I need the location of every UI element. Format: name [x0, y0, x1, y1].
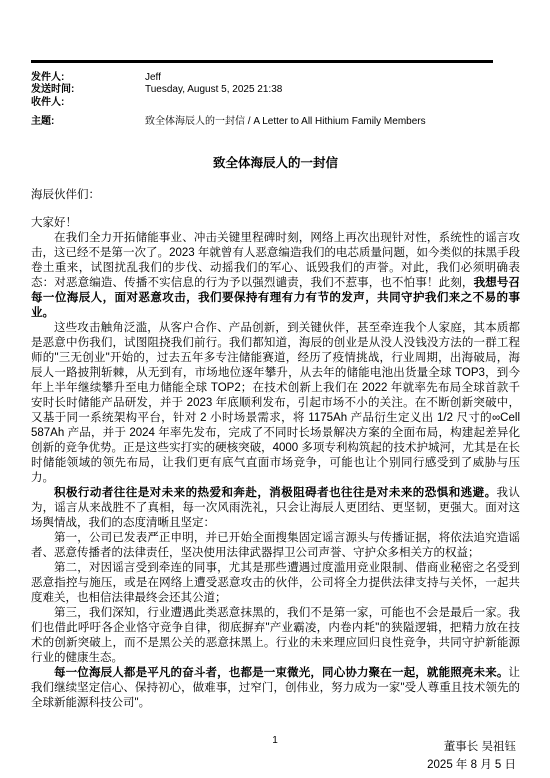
letter-title: 致全体海辰人的一封信	[31, 156, 520, 171]
letter-paragraph: 在我们全力开拓储能事业、冲击关键里程碑时刻，网络上再次出现针对性，系统性的谣言攻…	[31, 231, 520, 321]
email-header: 发件人: Jeff 发送时间: Tuesday, August 5, 2025 …	[31, 72, 520, 129]
letter-paragraph: 第二，对因谣言受到牵连的同事，尤其是那些遭遇过度滥用竞业限制、借商业秘密之名受到…	[31, 561, 520, 606]
email-message-page: 发件人: Jeff 发送时间: Tuesday, August 5, 2025 …	[0, 0, 550, 778]
letter-paragraph: 第一，公司已发表严正申明，并已开始全面搜集固定谣言源头与传播证据，将依法追究造谣…	[31, 531, 520, 561]
letter-paragraph: 第三，我们深知，行业遭遇此类恶意抹黑的，我们不是第一家，可能也不会是最后一家。我…	[31, 606, 520, 666]
letter-paragraph: 积极行动者往往是对未来的热爱和奔赴，消极阻碍者也往往是对未来的恐惧和逃避。我认为…	[31, 486, 520, 531]
letter-greeting: 大家好！	[31, 216, 520, 231]
paragraph-text: 这些攻击触角泛滥，从客户合作、产品创新，到关键伙伴，甚至牵连我个人家庭，其本质都…	[31, 322, 520, 484]
paragraph-emphasis-text: 积极行动者往往是对未来的热爱和奔赴，消极阻碍者也往往是对未来的恐惧和逃避。	[54, 487, 497, 499]
sent-time-value: Tuesday, August 5, 2025 21:38	[145, 84, 520, 96]
sent-time-label: 发送时间:	[31, 84, 145, 96]
sender-value: Jeff	[145, 72, 520, 84]
subject-label: 主题:	[31, 116, 145, 128]
sender-label: 发件人:	[31, 72, 145, 84]
paragraph-text: 第二，对因谣言受到牵连的同事，尤其是那些遭遇过度滥用竞业限制、借商业秘密之名受到…	[31, 562, 520, 604]
signature-date: 2025 年 8 月 5 日	[31, 756, 516, 774]
subject-row: 主题: 致全体海辰人的一封信 / A Letter to All Hithium…	[31, 116, 520, 128]
sender-row: 发件人: Jeff	[31, 72, 520, 84]
subject-value: 致全体海辰人的一封信 / A Letter to All Hithium Fam…	[145, 116, 520, 128]
recipient-label: 收件人:	[31, 97, 145, 109]
paragraph-text: 第一，公司已发表严正申明，并已开始全面搜集固定谣言源头与传播证据，将依法追究造谣…	[31, 532, 520, 559]
page-number: 1	[0, 735, 550, 746]
paragraph-emphasis-text: 每一位海辰人都是平凡的奋斗者，也都是一束微光，同心协力聚在一起，就能照亮未来。	[54, 667, 509, 679]
sent-time-row: 发送时间: Tuesday, August 5, 2025 21:38	[31, 84, 520, 96]
recipient-value	[145, 97, 520, 109]
paragraph-text: 第三，我们深知，行业遭遇此类恶意抹黑的，我们不是第一家，可能也不会是最后一家。我…	[31, 607, 520, 664]
paragraph-text: 在我们全力开拓储能事业、冲击关键里程碑时刻，网络上再次出现针对性，系统性的谣言攻…	[31, 232, 520, 289]
recipient-row: 收件人:	[31, 97, 520, 109]
header-divider	[31, 60, 493, 63]
letter-paragraph: 这些攻击触角泛滥，从客户合作、产品创新，到关键伙伴，甚至牵连我个人家庭，其本质都…	[31, 321, 520, 486]
letter-body: 致全体海辰人的一封信 海辰伙伴们： 大家好！ 在我们全力开拓储能事业、冲击关键里…	[31, 156, 520, 774]
letter-salutation: 海辰伙伴们：	[31, 188, 520, 203]
letter-paragraph: 每一位海辰人都是平凡的奋斗者，也都是一束微光，同心协力聚在一起，就能照亮未来。让…	[31, 666, 520, 711]
